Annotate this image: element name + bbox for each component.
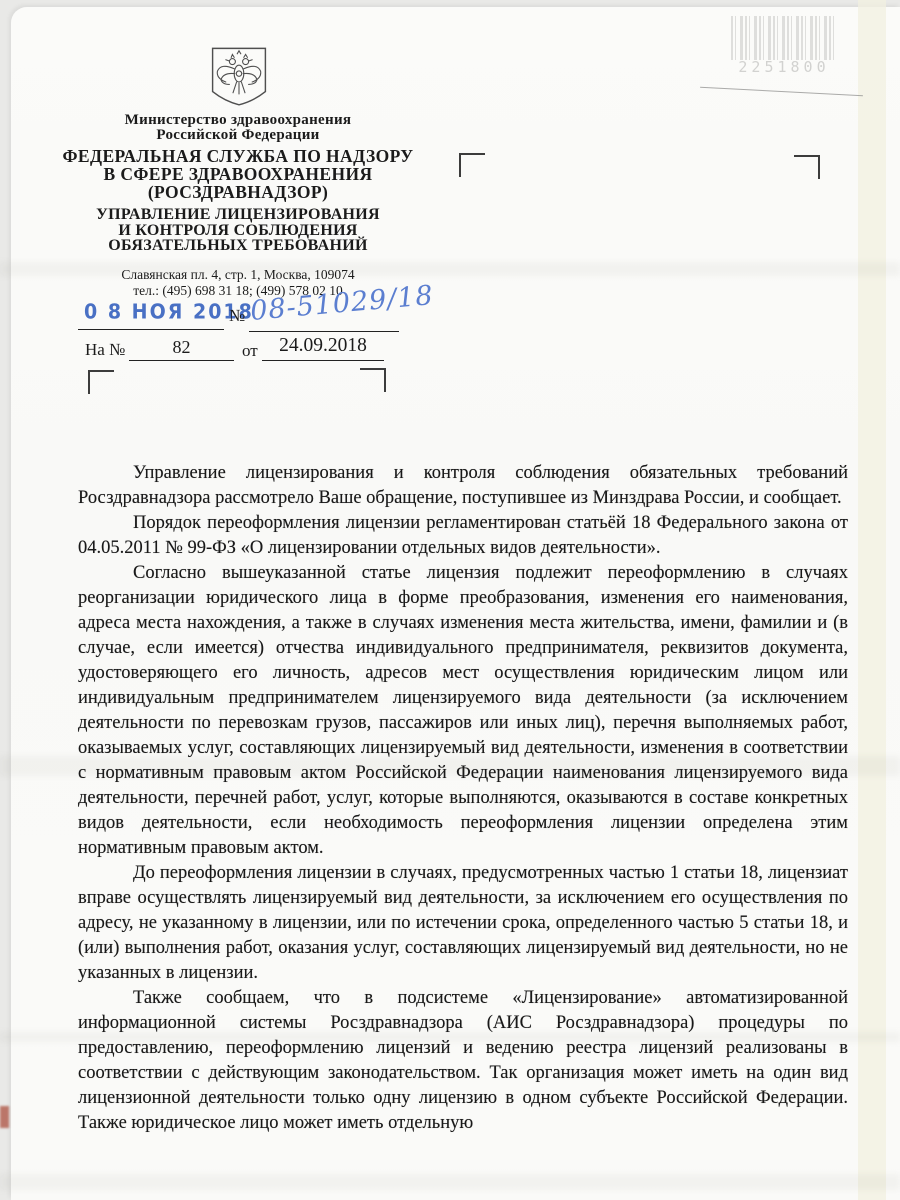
- department-name: УПРАВЛЕНИЕ ЛИЦЕНЗИРОВАНИЯ И КОНТРОЛЯ СОБ…: [68, 207, 408, 254]
- incoming-ref-label: На №: [85, 340, 125, 360]
- addressee-corner-mark: [459, 153, 485, 177]
- service-line: В СФЕРЕ ЗДРАВООХРАНЕНИЯ: [53, 165, 423, 183]
- underline: [262, 360, 384, 361]
- addressee-corner-mark: [794, 155, 820, 179]
- ministry-line: Министерство здравоохранения: [68, 113, 408, 128]
- corner-mark: [88, 370, 114, 394]
- service-name: ФЕДЕРАЛЬНАЯ СЛУЖБА ПО НАДЗОРУ В СФЕРЕ ЗД…: [53, 147, 423, 201]
- from-label: от: [242, 341, 258, 361]
- paragraph: Согласно вышеуказанной статье лицензия п…: [78, 561, 848, 861]
- scanned-letter: 2251800 Министерство здравоохранения Рос…: [0, 0, 900, 1200]
- incoming-number: 82: [129, 337, 234, 358]
- paragraph: Порядок переоформления лицензии регламен…: [78, 511, 848, 561]
- paragraph: Управление лицензирования и контроля соб…: [78, 461, 848, 511]
- paragraph: До переоформления лицензии в случаях, пр…: [78, 861, 848, 986]
- letter-body: Управление лицензирования и контроля соб…: [78, 461, 848, 1136]
- service-line: (РОСЗДРАВНАДЗОР): [53, 183, 423, 201]
- department-line: И КОНТРОЛЯ СОБЛЮДЕНИЯ: [68, 223, 408, 239]
- scan-edge-artifact: [858, 0, 886, 1200]
- address-line: Славянская пл. 4, стр. 1, Москва, 109074: [68, 267, 408, 283]
- paragraph: Также сообщаем, что в подсистеме «Лиценз…: [78, 986, 848, 1136]
- underline: [78, 329, 224, 330]
- incoming-date: 24.09.2018: [262, 335, 384, 357]
- barcode: [731, 16, 837, 60]
- coat-of-arms-russia-icon: [209, 46, 269, 112]
- department-line: УПРАВЛЕНИЕ ЛИЦЕНЗИРОВАНИЯ: [68, 207, 408, 223]
- underline: [249, 331, 399, 332]
- paper-wrinkle: [0, 1174, 900, 1190]
- underline: [129, 360, 234, 361]
- corner-mark: [360, 368, 386, 392]
- ministry-line: Российской Федерации: [68, 128, 408, 143]
- department-line: ОБЯЗАТЕЛЬНЫХ ТРЕБОВАНИЙ: [68, 238, 408, 254]
- service-line: ФЕДЕРАЛЬНАЯ СЛУЖБА ПО НАДЗОРУ: [53, 147, 423, 165]
- scan-speck: [0, 1106, 9, 1128]
- barcode-number: 2251800: [731, 58, 837, 76]
- ministry-name: Министерство здравоохранения Российской …: [68, 113, 408, 143]
- number-sign-label: №: [229, 306, 245, 326]
